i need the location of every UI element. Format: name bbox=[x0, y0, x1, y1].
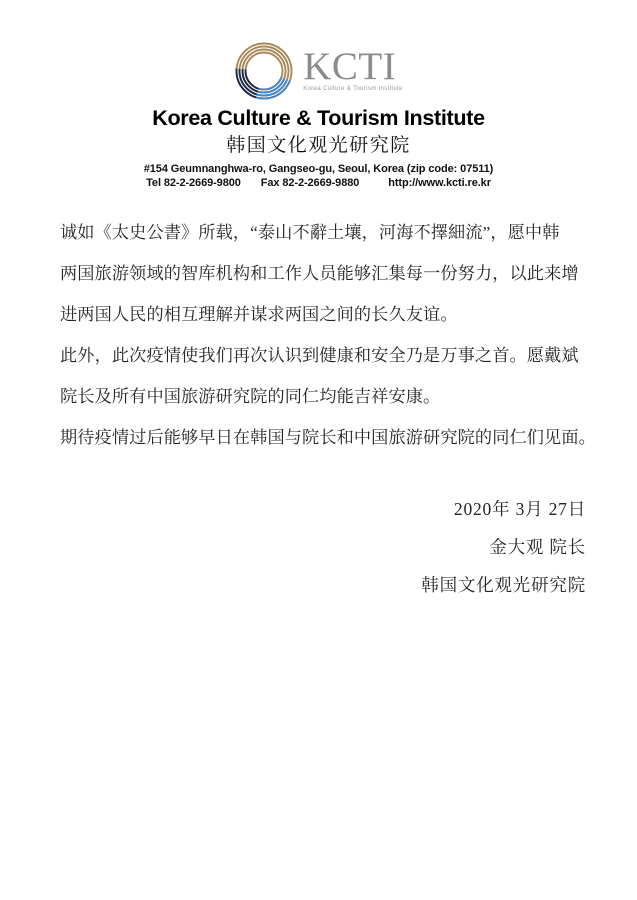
kcti-acronym: KCTI bbox=[303, 50, 402, 84]
body-line: 进两国人民的相互理解并谋求两国之间的长久友谊。 bbox=[60, 294, 581, 335]
signature-date: 2020年 3月 27日 bbox=[421, 490, 586, 528]
org-name-cn: 韩国文化观光研究院 bbox=[0, 133, 637, 159]
org-name-en: Korea Culture & Tourism Institute bbox=[0, 104, 637, 132]
website-url: http://www.kcti.re.kr bbox=[388, 177, 491, 189]
signature-organization: 韩国文化观光研究院 bbox=[421, 566, 586, 604]
signature-signer: 金大观 院长 bbox=[421, 528, 586, 566]
body-line: 两国旅游领域的智库机构和工作人员能够汇集每一份努力，以此来增 bbox=[60, 253, 581, 294]
kcti-tagline: Korea Culture & Tourism Institute bbox=[303, 86, 402, 92]
letterhead: KCTI Korea Culture & Tourism Institute K… bbox=[0, 40, 637, 190]
kcti-logo-text: KCTI Korea Culture & Tourism Institute bbox=[303, 50, 402, 92]
kcti-ring-icon bbox=[234, 41, 294, 101]
tel-number: Tel 82-2-2669-9800 bbox=[146, 177, 241, 189]
body-line: 此外，此次疫情使我们再次认识到健康和安全乃是万事之首。愿戴斌 bbox=[60, 335, 581, 376]
contact-line: Tel 82-2-2669-9800Fax 82-2-2669-9880http… bbox=[0, 177, 637, 190]
body-line: 诚如《太史公書》所载，“泰山不辭土壤，河海不擇細流”，愿中韩 bbox=[60, 212, 581, 253]
body-line: 院长及所有中国旅游研究院的同仁均能吉祥安康。 bbox=[60, 376, 581, 417]
fax-number: Fax 82-2-2669-9880 bbox=[261, 177, 360, 189]
letter-body: 诚如《太史公書》所载，“泰山不辭土壤，河海不擇細流”，愿中韩 两国旅游领域的智库… bbox=[60, 212, 581, 458]
body-line: 期待疫情过后能够早日在韩国与院长和中国旅游研究院的同仁们见面。 bbox=[60, 417, 581, 458]
signature-block: 2020年 3月 27日 金大观 院长 韩国文化观光研究院 bbox=[421, 490, 586, 604]
letter-page: KCTI Korea Culture & Tourism Institute K… bbox=[0, 0, 637, 900]
address-line: #154 Geumnanghwa-ro, Gangseo-gu, Seoul, … bbox=[0, 163, 637, 176]
kcti-logo: KCTI Korea Culture & Tourism Institute bbox=[0, 40, 637, 102]
